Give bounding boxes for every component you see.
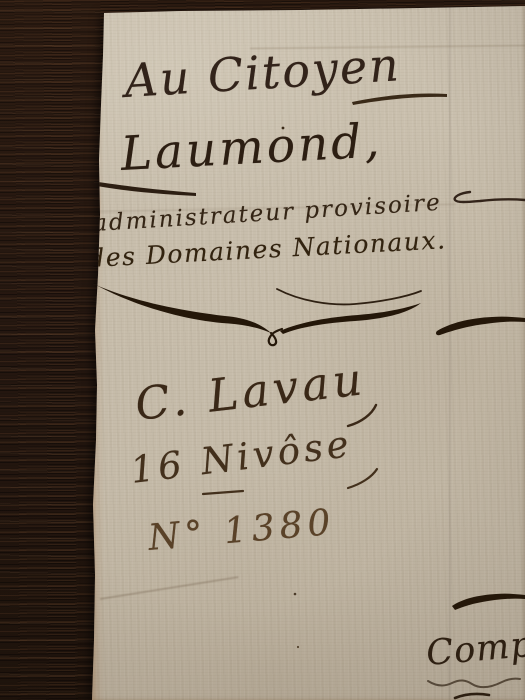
handwriting-document-number: N° 1380 — [147, 505, 337, 557]
manuscript-paper: Au Citoyen Laumond, administrateur provi… — [0, 0, 525, 700]
swash-left — [94, 284, 271, 333]
lavau-tail-hook — [348, 405, 376, 426]
photo-of-manuscript: Au Citoyen Laumond, administrateur provi… — [0, 0, 525, 700]
diagonal-crease-bottom — [100, 576, 239, 600]
nationaux-undercurve — [277, 289, 421, 304]
right-edge-flourish-upper — [455, 192, 525, 202]
vertical-fold-crease — [449, 6, 452, 700]
paper-shadow: Au Citoyen Laumond, administrateur provi… — [0, 0, 525, 700]
torn-edge-tint — [90, 10, 104, 700]
laumond-left-tail — [97, 182, 196, 196]
comp-underline-squiggle — [428, 679, 520, 688]
comp-overline-dash — [452, 594, 525, 610]
date-tail-hook — [348, 469, 377, 488]
ink-speck-1 — [294, 593, 297, 596]
right-edge-flourish-middle — [436, 317, 525, 336]
bottom-edge-partial-letter — [455, 694, 489, 698]
handwriting-recipient-line1: Au Citoyen — [123, 41, 402, 104]
ink-flourishes — [0, 0, 525, 700]
ink-speck-2 — [297, 646, 299, 648]
handwriting-sender-name: C. Lavau — [133, 356, 368, 427]
date-connecting-dash — [203, 491, 243, 494]
citoyen-trailing-dash — [352, 93, 447, 105]
swash-center-loop — [269, 329, 282, 345]
handwriting-date: 16 Nivôse — [128, 425, 354, 489]
handwriting-recipient-line2: Laumond, — [120, 117, 384, 178]
swash-right — [280, 303, 421, 334]
handwriting-partial-word: Comp — [425, 628, 525, 672]
